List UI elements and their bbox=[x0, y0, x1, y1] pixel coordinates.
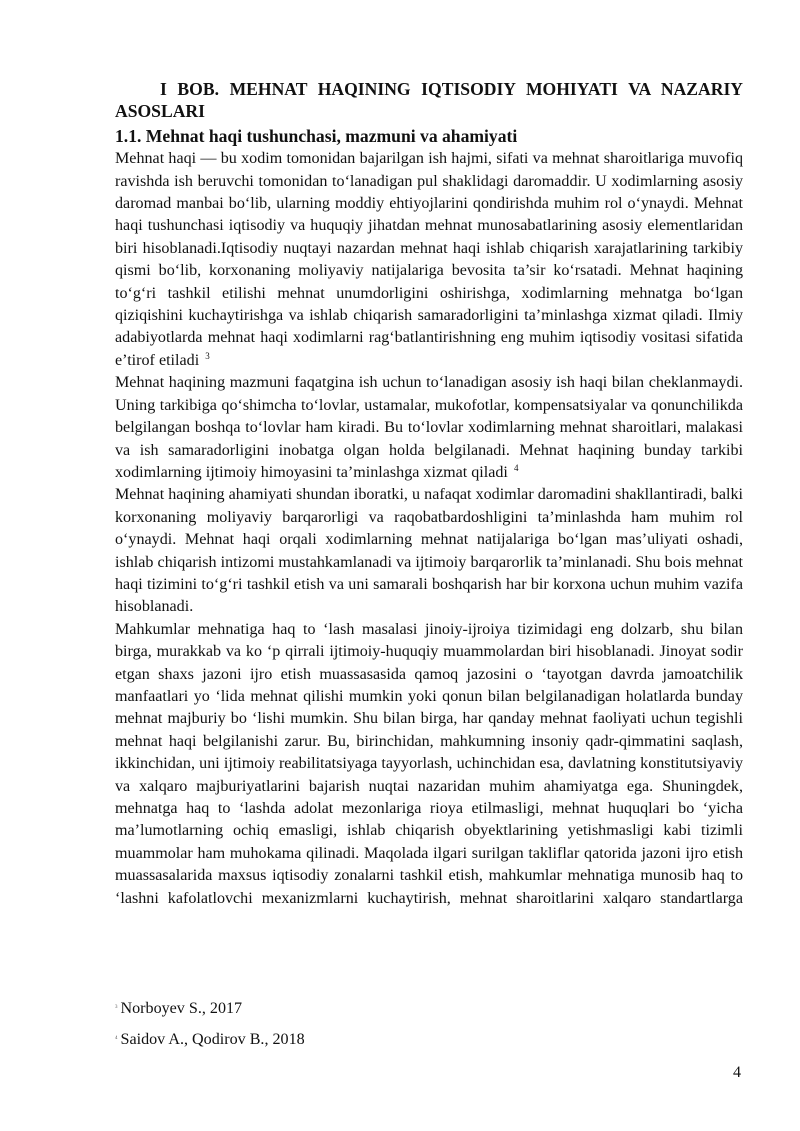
footnote-4: 4Saidov A., Qodirov B., 2018 bbox=[115, 1029, 743, 1050]
footnote-3: 3Norboyev S., 2017 bbox=[115, 998, 743, 1019]
footnote-ref-4[interactable]: 4 bbox=[514, 463, 519, 473]
paragraph-4: Mahkumlar mehnatiga haq to ‘lash masalas… bbox=[115, 619, 743, 910]
paragraph-1: Mehnat haqi — bu xodim tomonidan bajaril… bbox=[115, 148, 743, 372]
footnotes: 3Norboyev S., 2017 4Saidov A., Qodirov B… bbox=[115, 998, 743, 1060]
footnote-ref-3[interactable]: 3 bbox=[205, 351, 210, 361]
paragraph-3: Mehnat haqining ahamiyati shundan iborat… bbox=[115, 484, 743, 618]
section-title: 1.1. Mehnat haqi tushunchasi, mazmuni va… bbox=[115, 125, 743, 147]
chapter-title: I BOB. MEHNAT HAQINING IQTISODIY MOHIYAT… bbox=[115, 78, 743, 123]
page-body: I BOB. MEHNAT HAQINING IQTISODIY MOHIYAT… bbox=[115, 78, 743, 910]
page-number: 4 bbox=[733, 1064, 741, 1082]
paragraph-2: Mehnat haqining mazmuni faqatgina ish uc… bbox=[115, 372, 743, 484]
